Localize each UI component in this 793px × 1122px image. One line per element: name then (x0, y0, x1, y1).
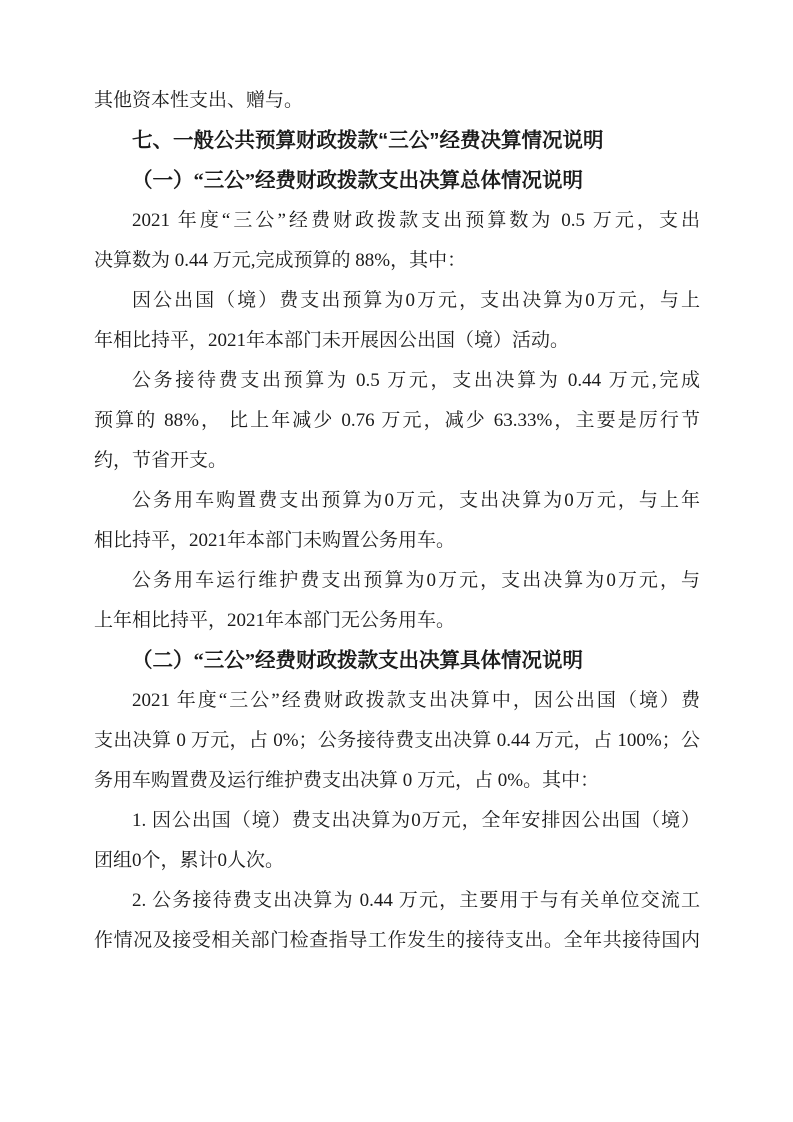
text-line: 2. 公务接待费支出决算为 0.44 万元，主要用于与有关单位交流工 (94, 881, 700, 921)
text-line: 1. 因公出国（境）费支出决算为0万元，全年安排因公出国（境） (94, 801, 700, 841)
text-line: 决算数为 0.44 万元,完成预算的 88%，其中： (94, 241, 700, 281)
text-line: 作情况及接受相关部门检查指导工作发生的接待支出。全年共接待国内 (94, 921, 700, 961)
text-line: 上年相比持平，2021年本部门无公务用车。 (94, 601, 700, 641)
text-line: 务用车购置费及运行维护费支出决算 0 万元，占 0%。其中： (94, 761, 700, 801)
text-line: 约，节省开支。 (94, 441, 700, 481)
heading-sub-line: （一）“三公”经费财政拨款支出决算总体情况说明 (94, 161, 700, 201)
text-line: 公务接待费支出预算为 0.5 万元，支出决算为 0.44 万元,完成 (94, 361, 700, 401)
text-line: 因公出国（境）费支出预算为0万元，支出决算为0万元，与上 (94, 281, 700, 321)
text-line: 相比持平，2021年本部门未购置公务用车。 (94, 521, 700, 561)
text-line: 公务用车购置费支出预算为0万元，支出决算为0万元，与上年 (94, 481, 700, 521)
text-line: 年相比持平，2021年本部门未开展因公出国（境）活动。 (94, 321, 700, 361)
text-line: 支出决算 0 万元，占 0%；公务接待费支出决算 0.44 万元，占 100%；… (94, 721, 700, 761)
text-line: 公务用车运行维护费支出预算为0万元，支出决算为0万元，与 (94, 561, 700, 601)
text-line: 2021 年度“三公”经费财政拨款支出预算数为 0.5 万元，支出 (94, 201, 700, 241)
document-body: 其他资本性支出、赠与。七、一般公共预算财政拨款“三公”经费决算情况说明（一）“三… (94, 81, 700, 961)
heading-sub-line: （二）“三公”经费财政拨款支出决算具体情况说明 (94, 641, 700, 681)
text-line: 团组0个，累计0人次。 (94, 841, 700, 881)
text-line: 2021 年度“三公”经费财政拨款支出决算中，因公出国（境）费 (94, 681, 700, 721)
text-line: 预算的 88%， 比上年减少 0.76 万元，减少 63.33%，主要是厉行节 (94, 401, 700, 441)
document-page: 其他资本性支出、赠与。七、一般公共预算财政拨款“三公”经费决算情况说明（一）“三… (0, 0, 793, 1122)
text-line: 其他资本性支出、赠与。 (94, 81, 700, 121)
heading-major-line: 七、一般公共预算财政拨款“三公”经费决算情况说明 (94, 121, 700, 161)
